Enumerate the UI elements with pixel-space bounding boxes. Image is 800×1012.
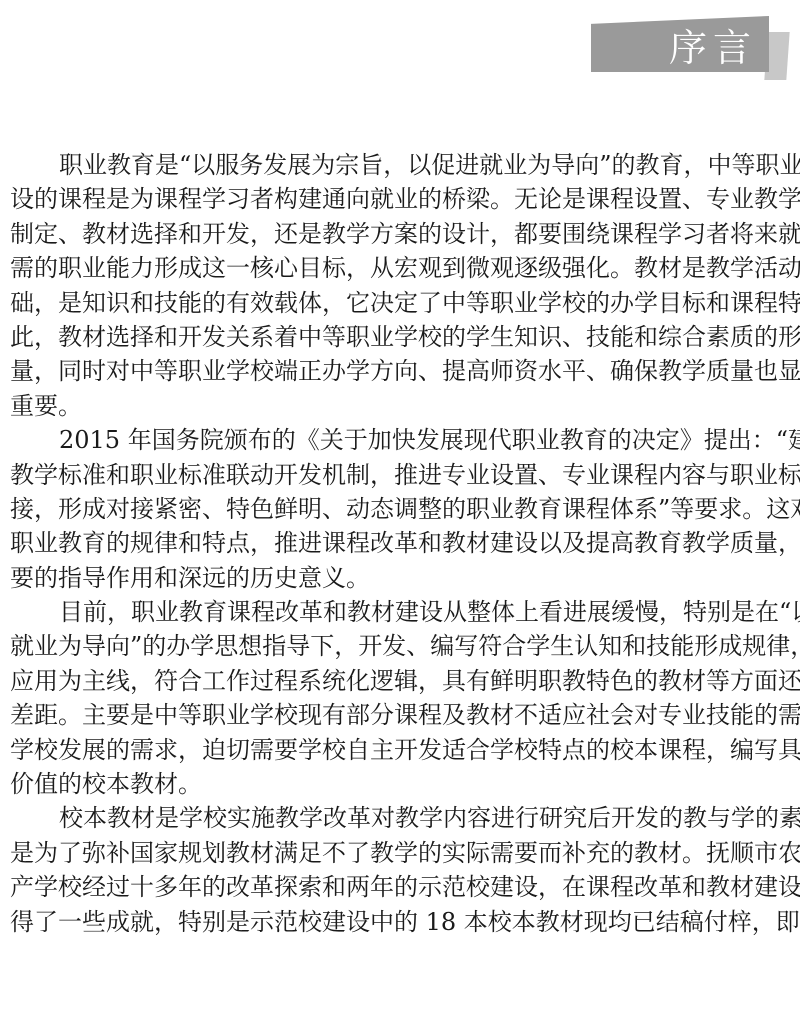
- text-line: 量，同时对中等职业学校端正办学方向、提高师资水平、确保教学质量也显得尤为: [10, 354, 790, 388]
- text-line: 差距。主要是中等职业学校现有部分课程及教材不适应社会对专业技能的需要和: [10, 698, 790, 732]
- text-line: 此，教材选择和开发关系着中等职业学校的学生知识、技能和综合素质的形成质: [10, 320, 790, 354]
- section-title: 序言: [669, 26, 757, 70]
- preface-body: 职业教育是“以服务发展为宗旨，以促进就业为导向”的教育，中等职业学校开 设的课程…: [10, 148, 790, 939]
- text-line: 设的课程是为课程学习者构建通向就业的桥梁。无论是课程设置、专业教学计划: [10, 182, 790, 216]
- text-line: 职业教育的规律和特点，推进课程改革和教材建设以及提高教育教学质量，具有重: [10, 526, 790, 560]
- text-line: 础，是知识和技能的有效载体，它决定了中等职业学校的办学目标和课程特点。因: [10, 286, 790, 320]
- text-line: 教学标准和职业标准联动开发机制，推进专业设置、专业课程内容与职业标准相衔: [10, 458, 790, 492]
- text-line: 制定、教材选择和开发，还是教学方案的设计，都要围绕课程学习者将来就业所必: [10, 217, 790, 251]
- text-line: 价值的校本教材。: [10, 767, 790, 801]
- paragraph-4: 校本教材是学校实施教学改革对教学内容进行研究后开发的教与学的素材， 是为了弥补国…: [10, 801, 790, 939]
- text-line: 就业为导向”的办学思想指导下，开发、编写符合学生认知和技能形成规律，体现以: [10, 629, 790, 663]
- text-line: 是为了弥补国家规划教材满足不了教学的实际需要而补充的教材。抚顺市农业特: [10, 836, 790, 870]
- text-line: 学校发展的需求，迫切需要学校自主开发适合学校特点的校本课程，编写具有实用: [10, 733, 790, 767]
- text-line: 需的职业能力形成这一核心目标，从宏观到微观逐级强化。教材是教学活动的基: [10, 251, 790, 285]
- text-line: 职业教育是“以服务发展为宗旨，以促进就业为导向”的教育，中等职业学校开: [10, 148, 790, 182]
- text-line: 产学校经过十多年的改革探索和两年的示范校建设，在课程改革和教材建设上取: [10, 870, 790, 904]
- text-line: 要的指导作用和深远的历史意义。: [10, 561, 790, 595]
- text-line: 应用为主线，符合工作过程系统化逻辑，具有鲜明职教特色的教材等方面还有很大: [10, 664, 790, 698]
- text-line: 2015 年国务院颁布的《关于加快发展现代职业教育的决定》提出：“建立专业: [10, 423, 790, 457]
- paragraph-1: 职业教育是“以服务发展为宗旨，以促进就业为导向”的教育，中等职业学校开 设的课程…: [10, 148, 790, 423]
- paragraph-3: 目前，职业教育课程改革和教材建设从整体上看进展缓慢，特别是在“以促进 就业为导向…: [10, 595, 790, 801]
- paragraph-2: 2015 年国务院颁布的《关于加快发展现代职业教育的决定》提出：“建立专业 教学…: [10, 423, 790, 595]
- text-line: 得了一些成就，特别是示范校建设中的 18 本校本教材现均已结稿付梓，即将与同: [10, 905, 790, 939]
- text-line: 校本教材是学校实施教学改革对教学内容进行研究后开发的教与学的素材，: [10, 801, 790, 835]
- text-line: 重要。: [10, 389, 790, 423]
- section-header-tab: 序言: [591, 12, 781, 70]
- text-line: 接，形成对接紧密、特色鲜明、动态调整的职业教育课程体系”等要求。这对于探索: [10, 492, 790, 526]
- text-line: 目前，职业教育课程改革和教材建设从整体上看进展缓慢，特别是在“以促进: [10, 595, 790, 629]
